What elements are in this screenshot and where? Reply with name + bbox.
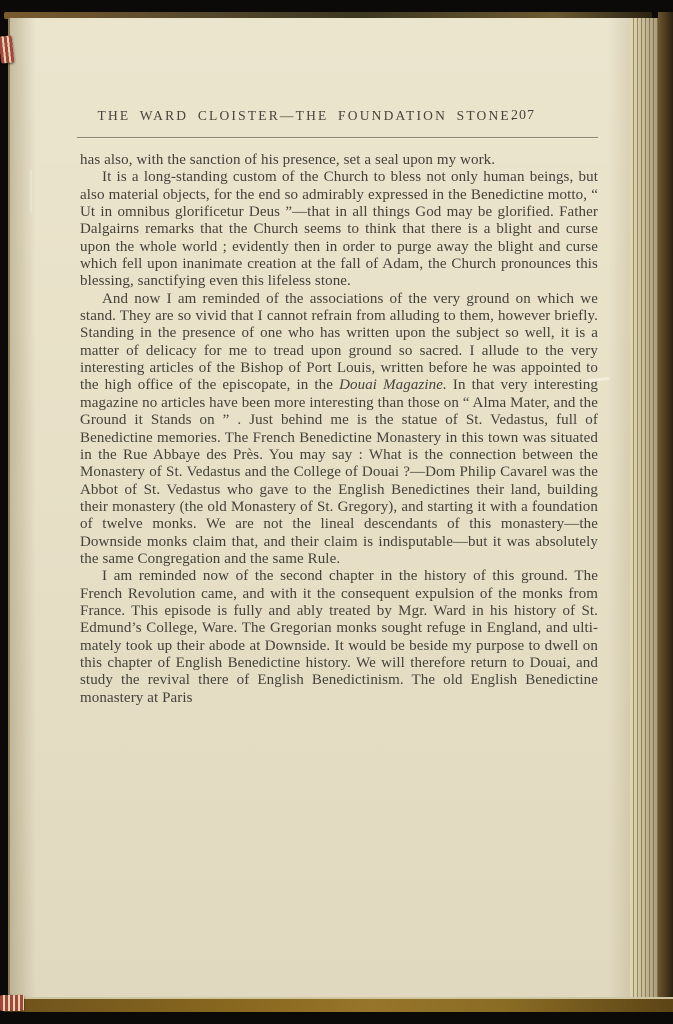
paragraph: It is a long-standing custom of the Chur… — [80, 169, 598, 290]
page-number: 207 — [511, 108, 535, 124]
page-text: has also, with the sanction of his prese… — [80, 152, 598, 707]
book-photo: THE WARD CLOISTER—THE FOUNDATION STONE. … — [0, 0, 673, 1024]
book-page: THE WARD CLOISTER—THE FOUNDATION STONE. … — [8, 18, 630, 997]
paragraph: And now I am reminded of the association… — [80, 291, 598, 569]
book-bottom-gilt-edge — [4, 997, 673, 1012]
running-header: THE WARD CLOISTER—THE FOUNDATION STONE. … — [77, 108, 597, 124]
headband-bottom — [0, 995, 24, 1011]
italic-text-run: Douai Magazine. — [339, 377, 447, 393]
text-run: It is a long-standing custom of the Chur… — [80, 169, 598, 289]
paragraph: I am reminded now of the second chapter … — [80, 568, 598, 707]
header-rule — [77, 137, 598, 138]
book-cover-edge — [658, 12, 673, 1012]
text-run: In that very interesting magazine no art… — [80, 377, 598, 566]
paragraph: has also, with the sanction of his prese… — [80, 152, 598, 169]
text-run: has also, with the sanction of his prese… — [80, 152, 495, 168]
paper-crease — [30, 170, 32, 212]
text-run: I am reminded now of the second chapter … — [80, 568, 598, 705]
page-edges-stack — [630, 18, 658, 997]
